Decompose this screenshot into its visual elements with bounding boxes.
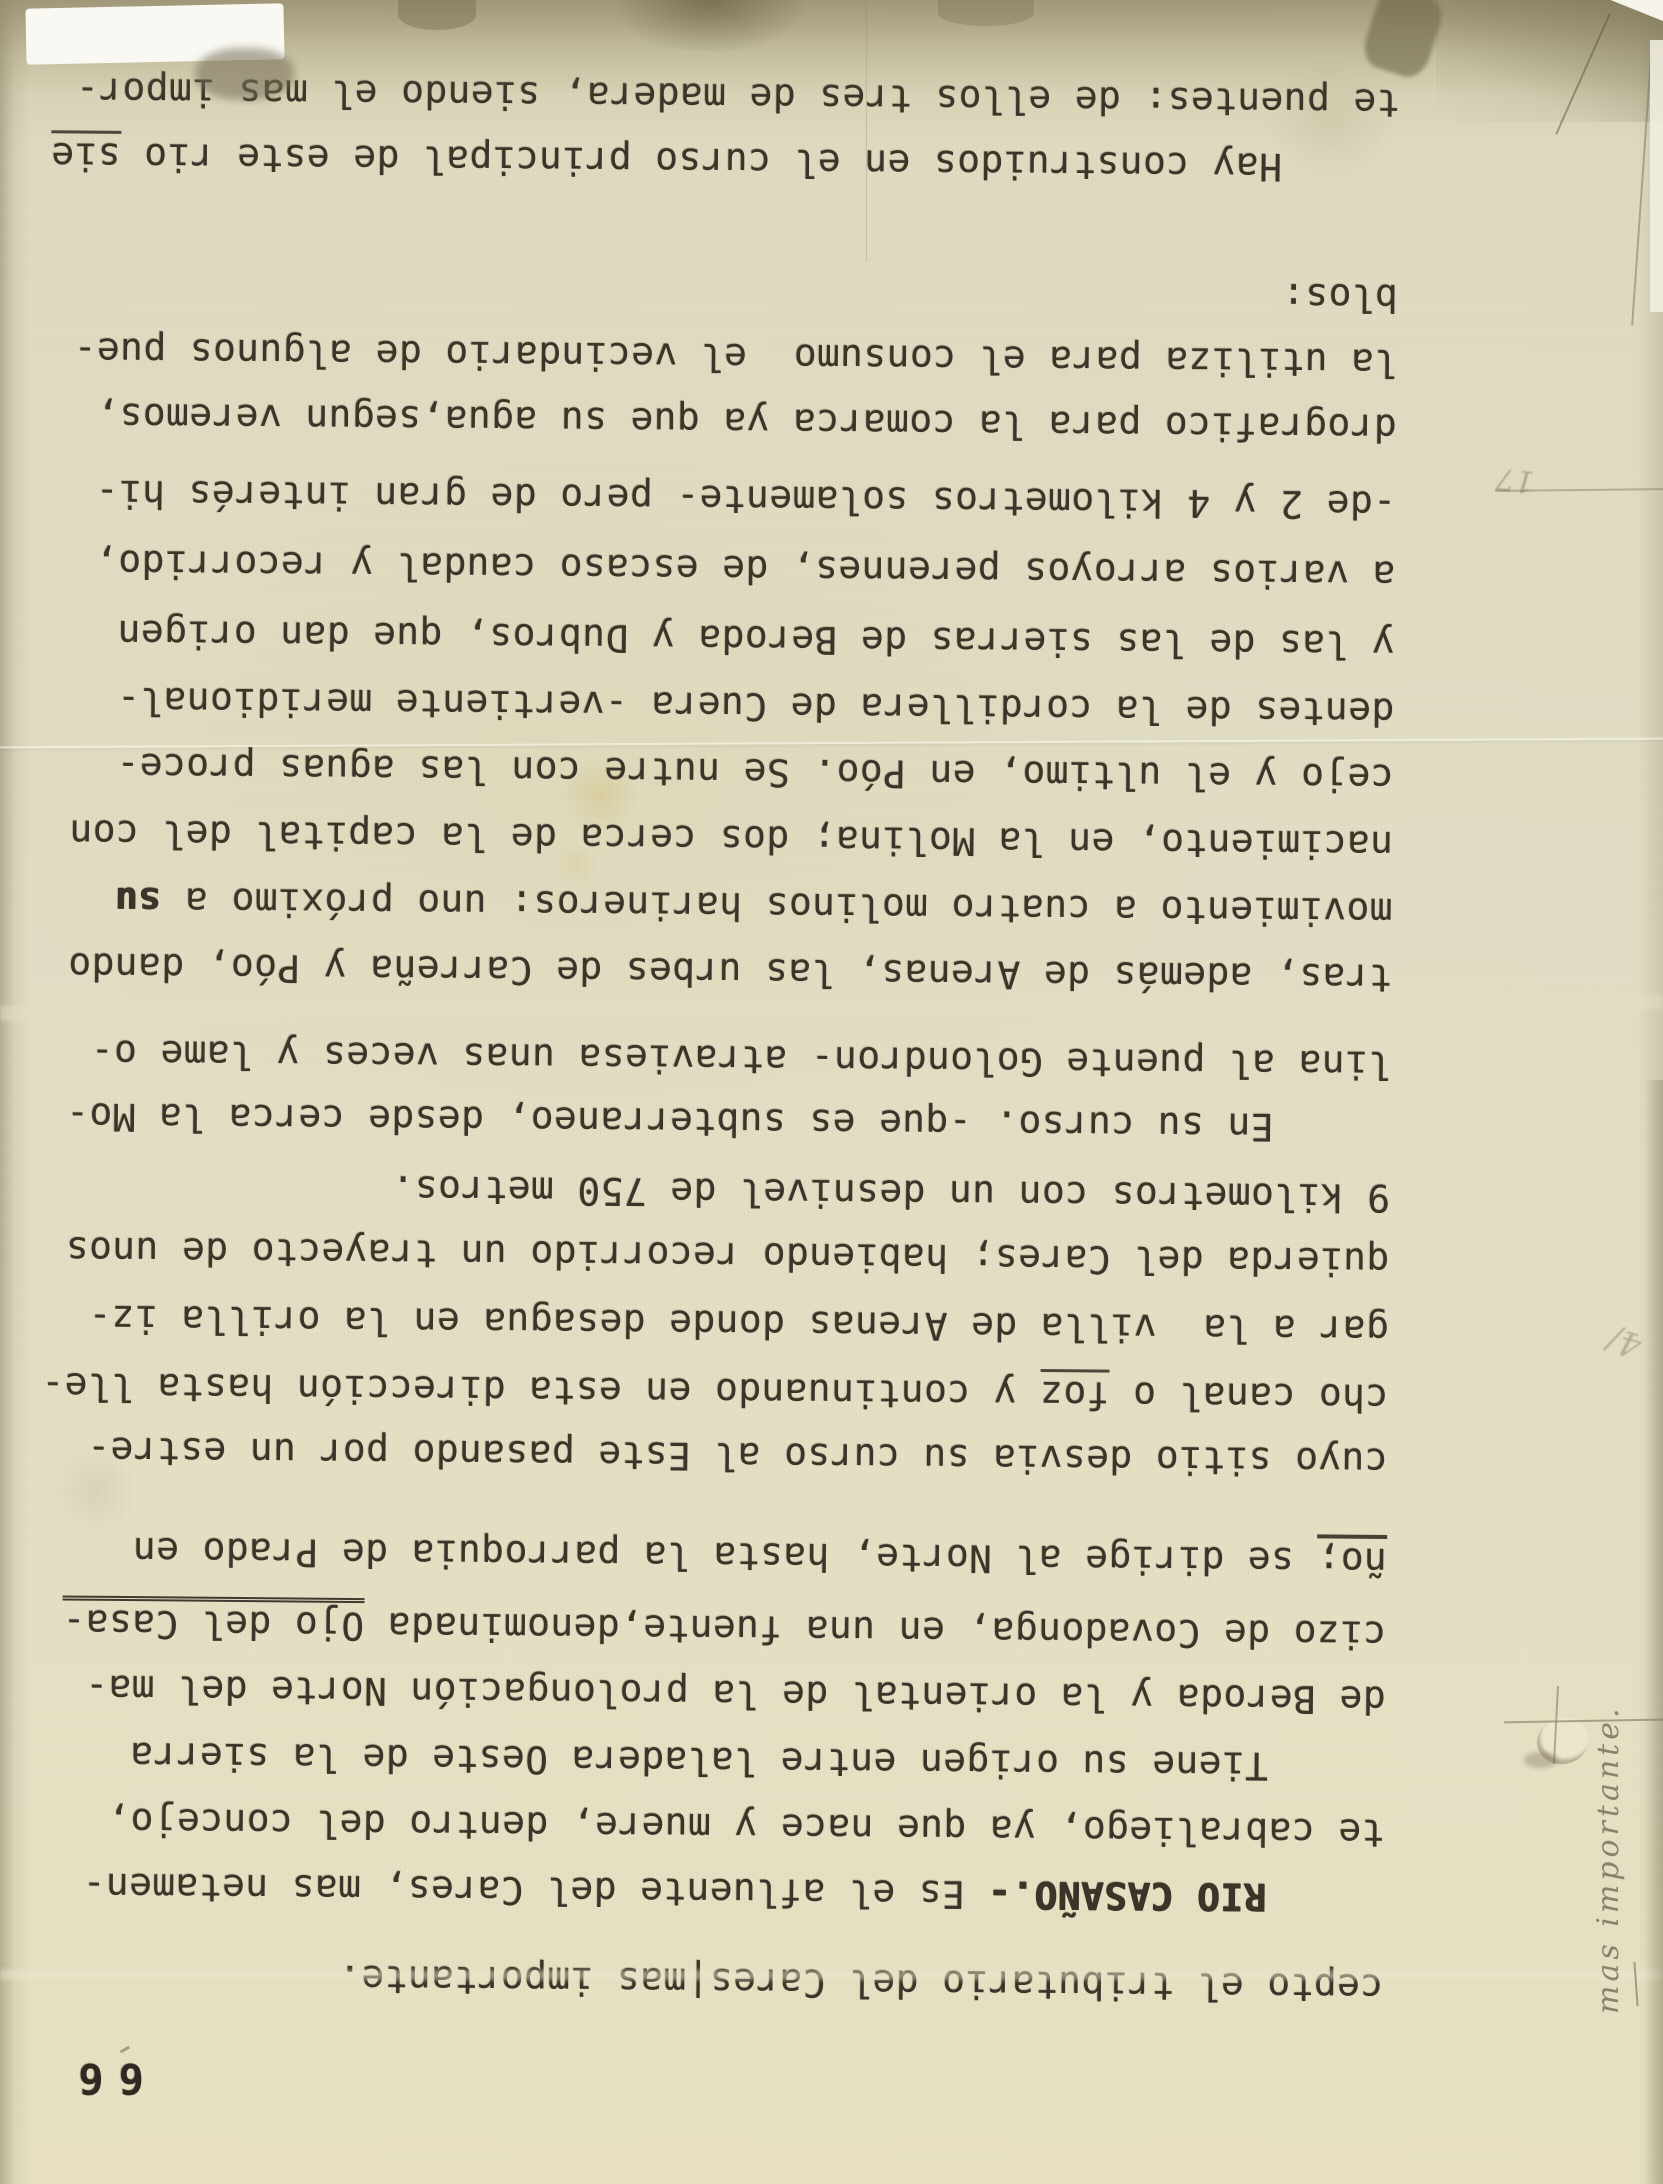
typed-line: gar a la villa de Arenas donde desagua e… <box>88 1295 1389 1354</box>
typed-line: RIO CASAÑO.- Es el afluente del Cares, m… <box>82 1863 1267 1921</box>
typed-line: a varios arroyos perennes, de escaso cau… <box>95 540 1396 599</box>
typed-line: 9 kilometros con un desnivel de 750 metr… <box>391 1165 1390 1222</box>
typed-line: nacimiento, en la Molina; dos cerca de l… <box>69 809 1393 869</box>
scanned-document-page: { "page": { "number": "66" }, "typewrite… <box>0 0 1663 2184</box>
underlined-text: Ojo del Casa- <box>62 1595 364 1648</box>
upside-down-document: cepto el tributario del Cares|mas import… <box>0 0 1663 2184</box>
typed-line: te cabraliego, ya que nace y muere, dent… <box>107 1798 1385 1857</box>
underlined-text: foz <box>1040 1369 1110 1418</box>
typed-line: quierda del Cares; habiendo recorrido un… <box>65 1226 1389 1286</box>
underlined-text: sie <box>51 130 121 179</box>
typed-line: drografico para la comarca ya que su agu… <box>96 393 1397 452</box>
typed-line: y las de las sierras de Beroda y Dubros,… <box>117 610 1395 669</box>
overtyped-text: su <box>115 879 162 923</box>
typed-line: ño; se dirige al Norte, hasta la parroqu… <box>132 1527 1387 1586</box>
typed-line: cizo de Covadonga, en una fuente,denomin… <box>62 1599 1386 1659</box>
typed-line: Hay construidos en el curso principal de… <box>51 132 1282 191</box>
typed-line: dentes de la cordillera de Cuera -vertie… <box>117 677 1395 736</box>
page-number: 66 <box>63 2054 144 2102</box>
typed-line: cho canal o foz y continuando en esta di… <box>41 1362 1389 1422</box>
typed-text-block: cepto el tributario del Cares|mas import… <box>0 0 1663 2184</box>
typed-line: cejo y el ultimo, en Póo. Se nutre con l… <box>116 743 1394 802</box>
typed-line: lina al puente Golondron- atraviesa unas… <box>90 1030 1391 1089</box>
typed-line: blos: <box>1282 273 1399 322</box>
typed-line: cuyo sitio desvia su curso al Este pasan… <box>87 1427 1388 1486</box>
overtyped-text: RIO CASAÑO.- <box>988 1873 1267 1919</box>
typed-line: -de 2 y 4 kilometros solamente- pero de … <box>95 470 1396 529</box>
typed-line: cepto el tributario del Cares|mas import… <box>338 1955 1384 2012</box>
typed-line: la utiliza para el consumo el vecindario… <box>73 328 1397 388</box>
typed-line: En su curso. -que es subterraneo, desde … <box>66 1092 1274 1151</box>
underlined-text: ño; <box>1317 1534 1387 1584</box>
typed-line: te puentes: de ellos tres de madera, sie… <box>75 68 1399 128</box>
typed-line: Tiene su origen entre laladera Oeste de … <box>130 1732 1269 1790</box>
typed-line: movimiento a cuatro molinos harineros: u… <box>115 877 1393 936</box>
typed-line: de Beroda y la oriental de la prolongaci… <box>85 1665 1386 1724</box>
typed-line: tras, además de Arenas, las urbes de Car… <box>68 942 1392 1002</box>
